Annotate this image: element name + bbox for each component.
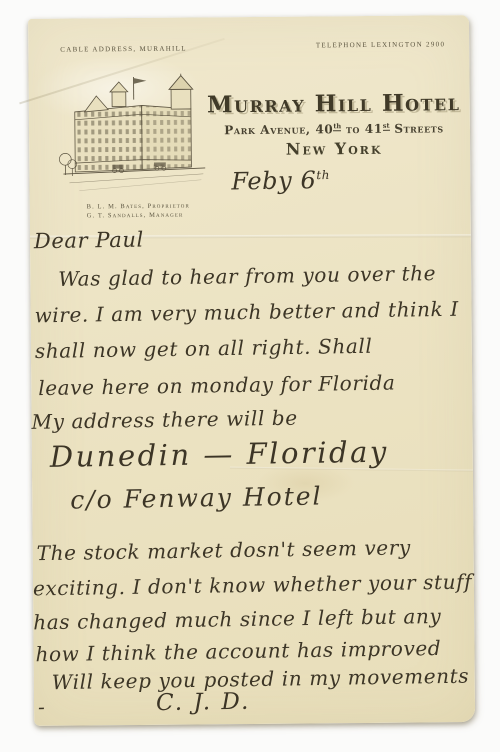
handwriting-line: exciting. I don't know whether your stuf… <box>33 570 472 601</box>
handwriting-line: shall now get on all right. Shall <box>35 334 373 363</box>
letterhead-title-block: Murray Hill Hotel Park Avenue, 40th to 4… <box>201 89 468 159</box>
hotel-address: Park Avenue, 40th to 41st Streets <box>201 121 467 137</box>
stray-dash-mark: - <box>38 695 46 719</box>
handwriting-line: My address there will be <box>31 406 298 434</box>
hotel-address-part: Park Avenue, 40 <box>224 122 333 137</box>
handwriting-line: has changed much since I left but any <box>33 604 441 634</box>
hotel-city: New York <box>201 138 467 159</box>
address-line: c/o Fenway Hotel <box>70 481 323 514</box>
hotel-building-icon <box>54 73 213 207</box>
hotel-address-part: Streets <box>389 121 443 135</box>
handwriting-line: leave here on monday for Florida <box>38 370 396 400</box>
signature: C. J. D. <box>156 689 251 716</box>
letter-date-main: Feby 6 <box>231 166 316 195</box>
hotel-name: Murray Hill Hotel <box>201 89 467 118</box>
handwriting-line: The stock market dosn't seem very <box>36 535 411 565</box>
salutation: Dear Paul <box>34 228 144 254</box>
proprietor-line: B. L. M. Bates, Proprietor <box>87 203 190 211</box>
letter-paper: CABLE ADDRESS, MURAHILL TELEPHONE LEXING… <box>28 15 475 726</box>
address-line: Dunedin — Floriday <box>50 435 389 474</box>
handwriting-line: how I think the account has improved <box>35 636 441 666</box>
cable-address: CABLE ADDRESS, MURAHILL <box>60 45 187 54</box>
letter-date: Feby 6th <box>231 166 330 196</box>
handwriting-line: Was glad to hear from you over the <box>58 261 436 291</box>
manager-line: G. T. Sandalls, Manager <box>87 212 184 220</box>
handwriting-line: Will keep you posted in my movements <box>52 664 470 695</box>
telephone-number: TELEPHONE LEXINGTON 2900 <box>316 40 446 49</box>
letter-date-suffix: th <box>316 168 330 182</box>
scan-background: { "colors": { "paper": "#ece3c3", "ink":… <box>0 0 500 752</box>
hotel-address-part: to 41 <box>341 122 383 136</box>
handwriting-line: wire. I am very much better and think I <box>34 297 458 328</box>
